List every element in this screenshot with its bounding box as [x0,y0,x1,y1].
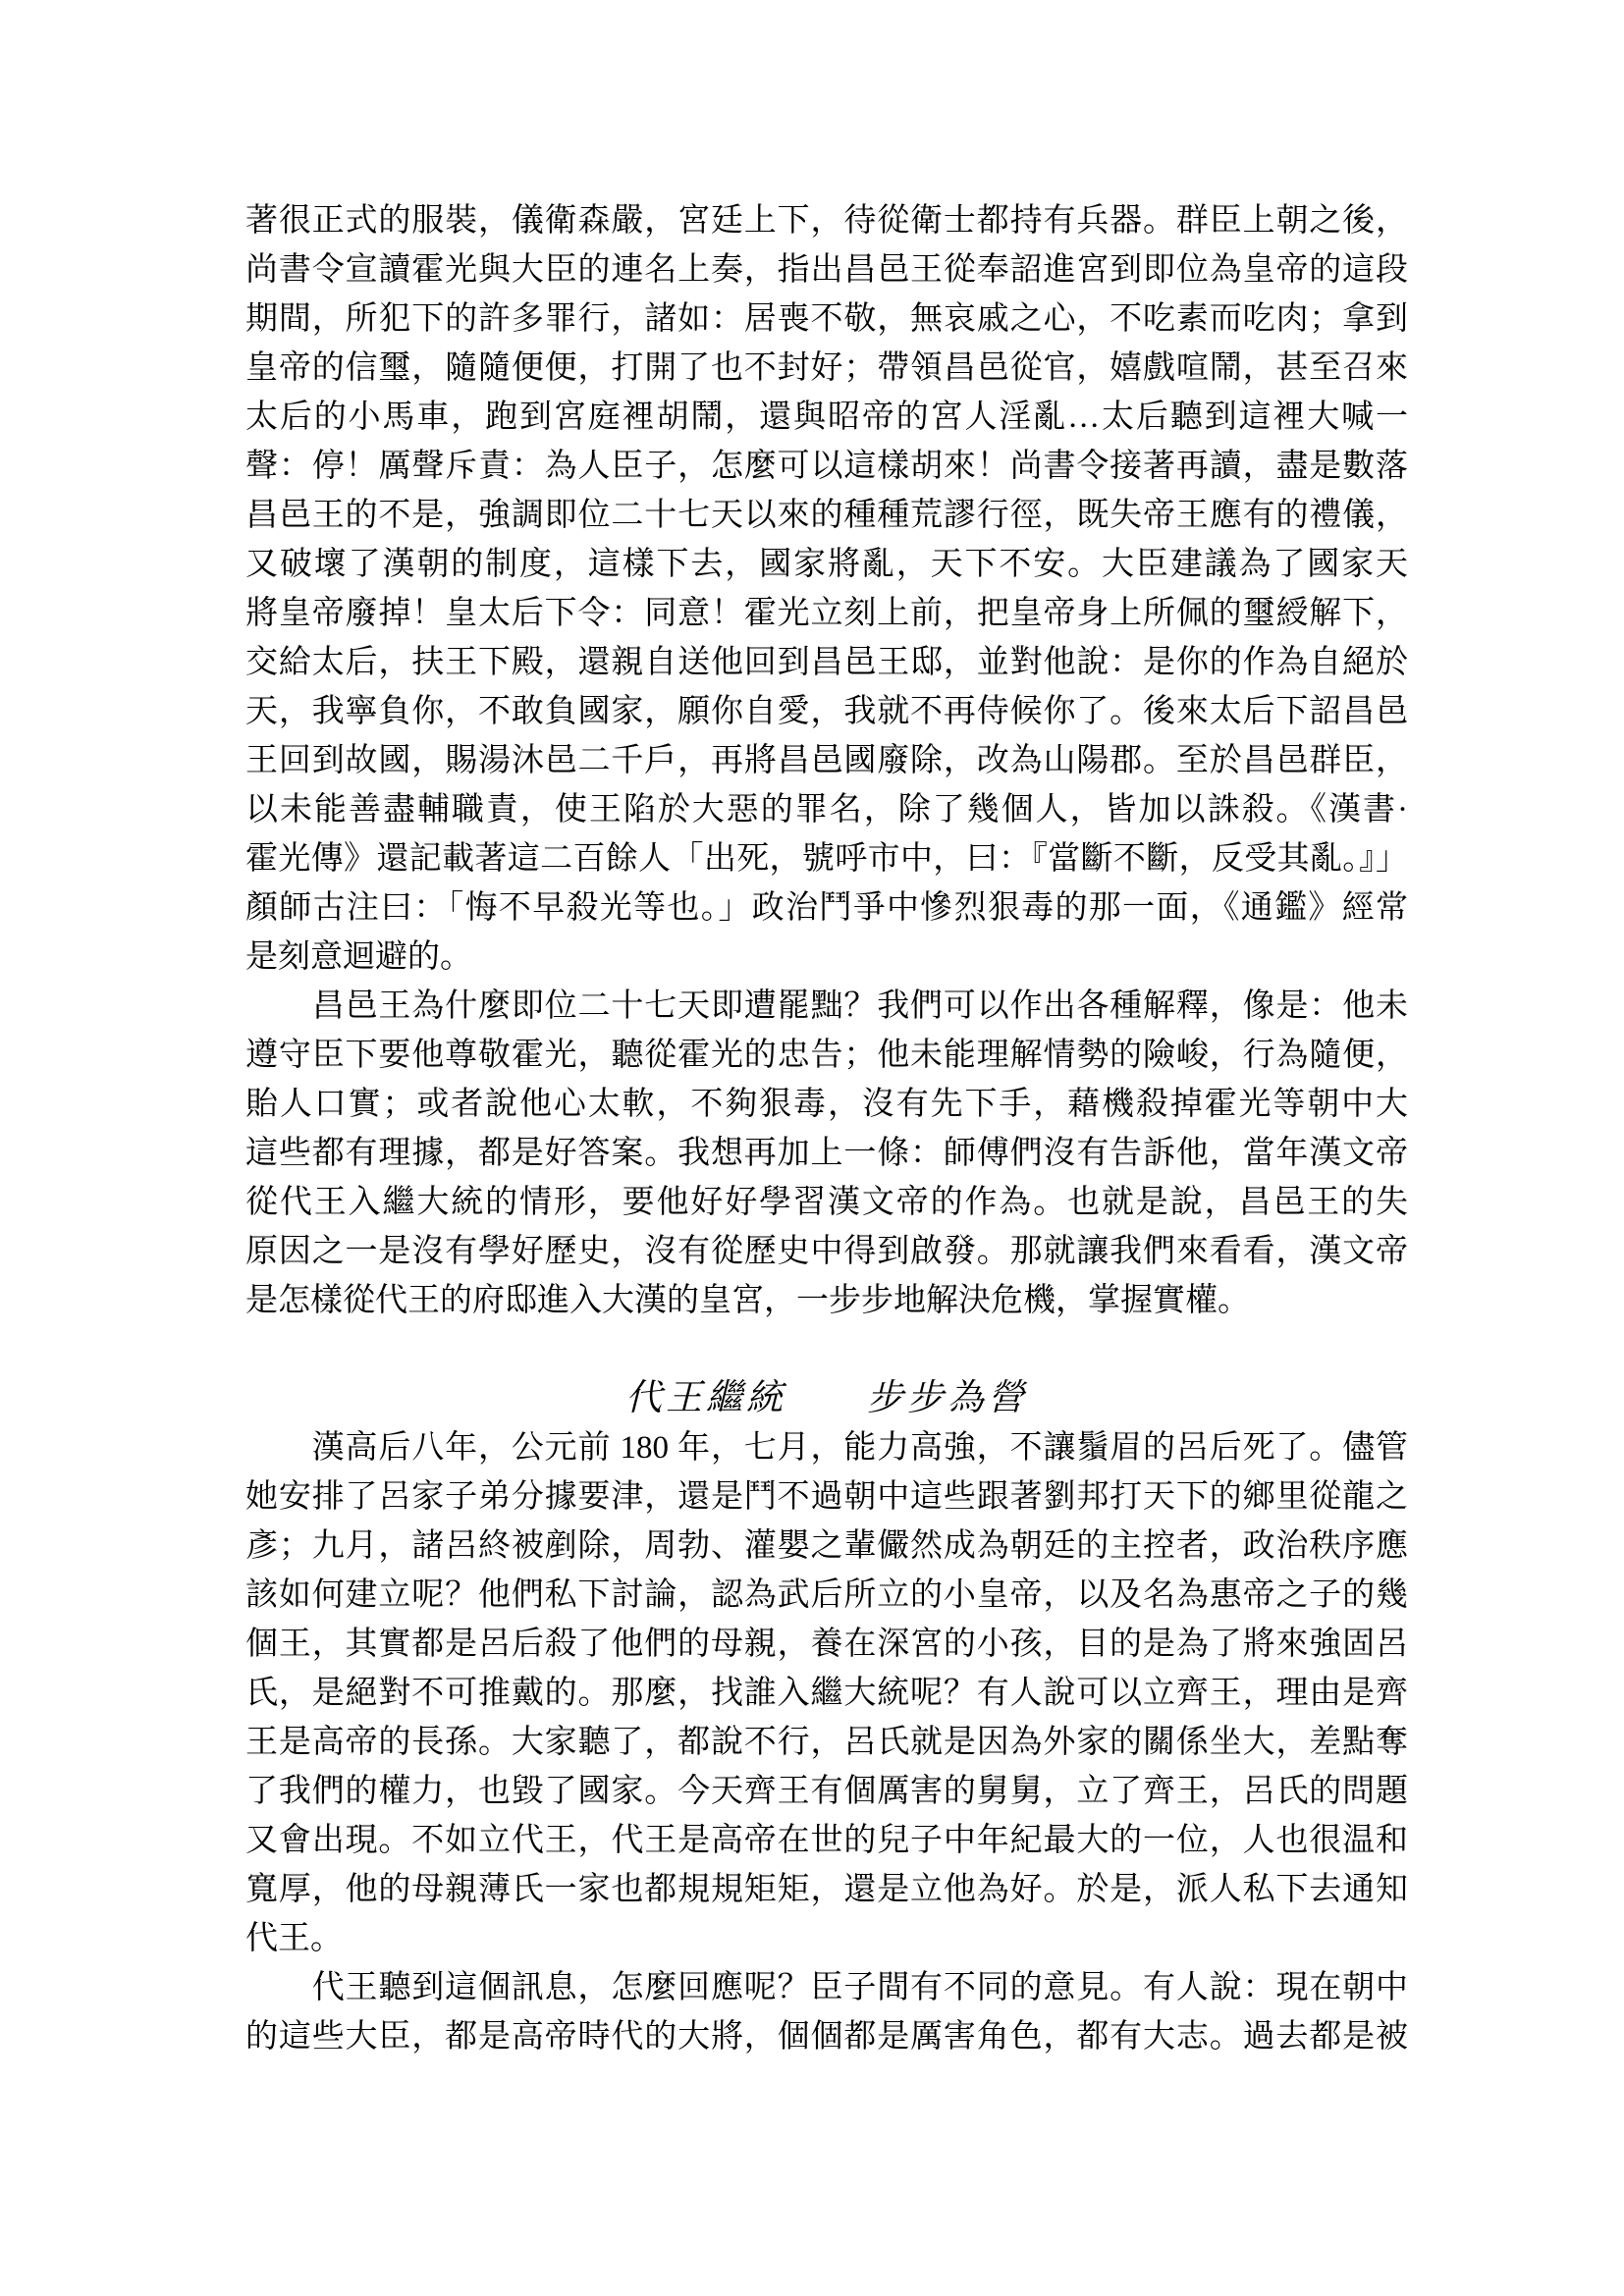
text-line: 將皇帝廢掉！皇太后下令：同意！霍光立刻上前，把皇帝身上所佩的璽綬解下， [245,589,1408,638]
text-line: 這些都有理據，都是好答案。我想再加上一條：師傅們沒有告訴他，當年漢文帝 [245,1129,1408,1178]
text-line: 原因之一是沒有學好歷史，沒有從歷史中得到啟發。那就讓我們來看看，漢文帝 [245,1227,1408,1276]
paragraph-3: 漢高后八年，公元前 180 年，七月，能力高強，不讓鬚眉的呂后死了。儘管 她安排… [245,1423,1408,1963]
document-page: 著很正式的服裝，儀衛森嚴，宮廷上下，待從衛士都持有兵器。群臣上朝之後， 尚書令宣… [0,0,1624,2296]
text-line: 皇帝的信璽，隨隨便便，打開了也不封好；帶領昌邑從官，嬉戲喧鬧，甚至召來 [245,344,1408,393]
text-line: 霍光傳》還記載著這二百餘人「出死，號呼市中，曰：『當斷不斷，反受其亂。』」 [245,834,1408,883]
text-line: 該如何建立呢？他們私下討論，認為武后所立的小皇帝，以及名為惠帝之子的幾 [245,1571,1408,1620]
text-line: 她安排了呂家子弟分據要津，還是鬥不過朝中這些跟著劉邦打天下的鄉里從龍之 [245,1472,1408,1522]
text-line: 寬厚，他的母親薄氏一家也都規規矩矩，還是立他為好。於是，派人私下去通知 [245,1865,1408,1914]
text-line: 著很正式的服裝，儀衛森嚴，宮廷上下，待從衛士都持有兵器。群臣上朝之後， [245,196,1408,245]
text-line: 顏師古注曰：「悔不早殺光等也。」政治鬥爭中慘烈狠毒的那一面，《通鑑》經常 [245,883,1408,933]
text-line: 代王。 [245,1914,1408,1963]
text-line: 交給太后，扶王下殿，還親自送他回到昌邑王邸，並對他說：是你的作為自絕於 [245,638,1408,687]
text-line: 彥；九月，諸呂終被剷除，周勃、灌嬰之輩儼然成為朝廷的主控者，政治秩序應 [245,1522,1408,1571]
section-heading: 代王繼統 步步為營 [245,1374,1408,1423]
text-line: 是怎樣從代王的府邸進入大漢的皇宮，一步步地解決危機，掌握實權。 [245,1276,1408,1325]
text-line: 太后的小馬車，跑到宮庭裡胡鬧，還與昭帝的宮人淫亂…太后聽到這裡大喊一 [245,393,1408,442]
text-column: 著很正式的服裝，儀衛森嚴，宮廷上下，待從衛士都持有兵器。群臣上朝之後， 尚書令宣… [245,196,1408,2061]
text-line: 從代王入繼大統的情形，要他好好學習漢文帝的作為。也就是說，昌邑王的失敗， [245,1178,1408,1227]
paragraph-1: 著很正式的服裝，儀衛森嚴，宮廷上下，待從衛士都持有兵器。群臣上朝之後， 尚書令宣… [245,196,1408,982]
paragraph-2: 昌邑王為什麼即位二十七天即遭罷黜？我們可以作出各種解釋，像是：他未 遵守臣下要他… [245,982,1408,1325]
text-line: 氏，是絕對不可推戴的。那麼，找誰入繼大統呢？有人說可以立齊王，理由是齊 [245,1669,1408,1718]
text-line: 期間，所犯下的許多罪行，諸如：居喪不敬，無哀戚之心，不吃素而吃肉；拿到 [245,294,1408,344]
text-line: 遵守臣下要他尊敬霍光，聽從霍光的忠告；他未能理解情勢的險峻，行為隨便， [245,1031,1408,1080]
text-line: 漢高后八年，公元前 180 年，七月，能力高強，不讓鬚眉的呂后死了。儘管 [245,1423,1408,1472]
text-line: 了我們的權力，也毀了國家。今天齊王有個厲害的舅舅，立了齊王，呂氏的問題 [245,1767,1408,1816]
blank-line [245,1325,1408,1374]
text-line: 貽人口實；或者說他心太軟，不夠狠毒，沒有先下手，藉機殺掉霍光等朝中大臣； [245,1080,1408,1129]
text-line: 昌邑王為什麼即位二十七天即遭罷黜？我們可以作出各種解釋，像是：他未 [245,982,1408,1031]
text-line: 昌邑王的不是，強調即位二十七天以來的種種荒謬行徑，既失帝王應有的禮儀， [245,491,1408,540]
paragraph-4: 代王聽到這個訊息，怎麼回應呢？臣子間有不同的意見。有人說：現在朝中 的這些大臣，… [245,1963,1408,2061]
text-line: 的這些大臣，都是高帝時代的大將，個個都是厲害角色，都有大志。過去都是被 [245,2012,1408,2061]
text-line: 個王，其實都是呂后殺了他們的母親，養在深宮的小孩，目的是為了將來強固呂 [245,1620,1408,1669]
text-line: 代王聽到這個訊息，怎麼回應呢？臣子間有不同的意見。有人說：現在朝中 [245,1963,1408,2012]
text-line: 王是高帝的長孫。大家聽了，都說不行，呂氏就是因為外家的關係坐大，差點奪 [245,1718,1408,1767]
text-line: 王回到故國，賜湯沐邑二千戶，再將昌邑國廢除，改為山陽郡。至於昌邑群臣， [245,736,1408,785]
text-line: 又會出現。不如立代王，代王是高帝在世的兒子中年紀最大的一位，人也很温和 [245,1816,1408,1865]
text-line: 天，我寧負你，不敢負國家，願你自愛，我就不再侍候你了。後來太后下詔昌邑 [245,687,1408,736]
text-line: 尚書令宣讀霍光與大臣的連名上奏，指出昌邑王從奉詔進宮到即位為皇帝的這段 [245,245,1408,294]
text-line: 聲：停！厲聲斥責：為人臣子，怎麼可以這樣胡來！尚書令接著再讀，盡是數落 [245,442,1408,491]
text-line: 以未能善盡輔職責，使王陷於大惡的罪名，除了幾個人，皆加以誅殺。《漢書· [245,785,1408,834]
text-line: 又破壞了漢朝的制度，這樣下去，國家將亂，天下不安。大臣建議為了國家天下， [245,540,1408,589]
text-line: 是刻意迴避的。 [245,933,1408,982]
